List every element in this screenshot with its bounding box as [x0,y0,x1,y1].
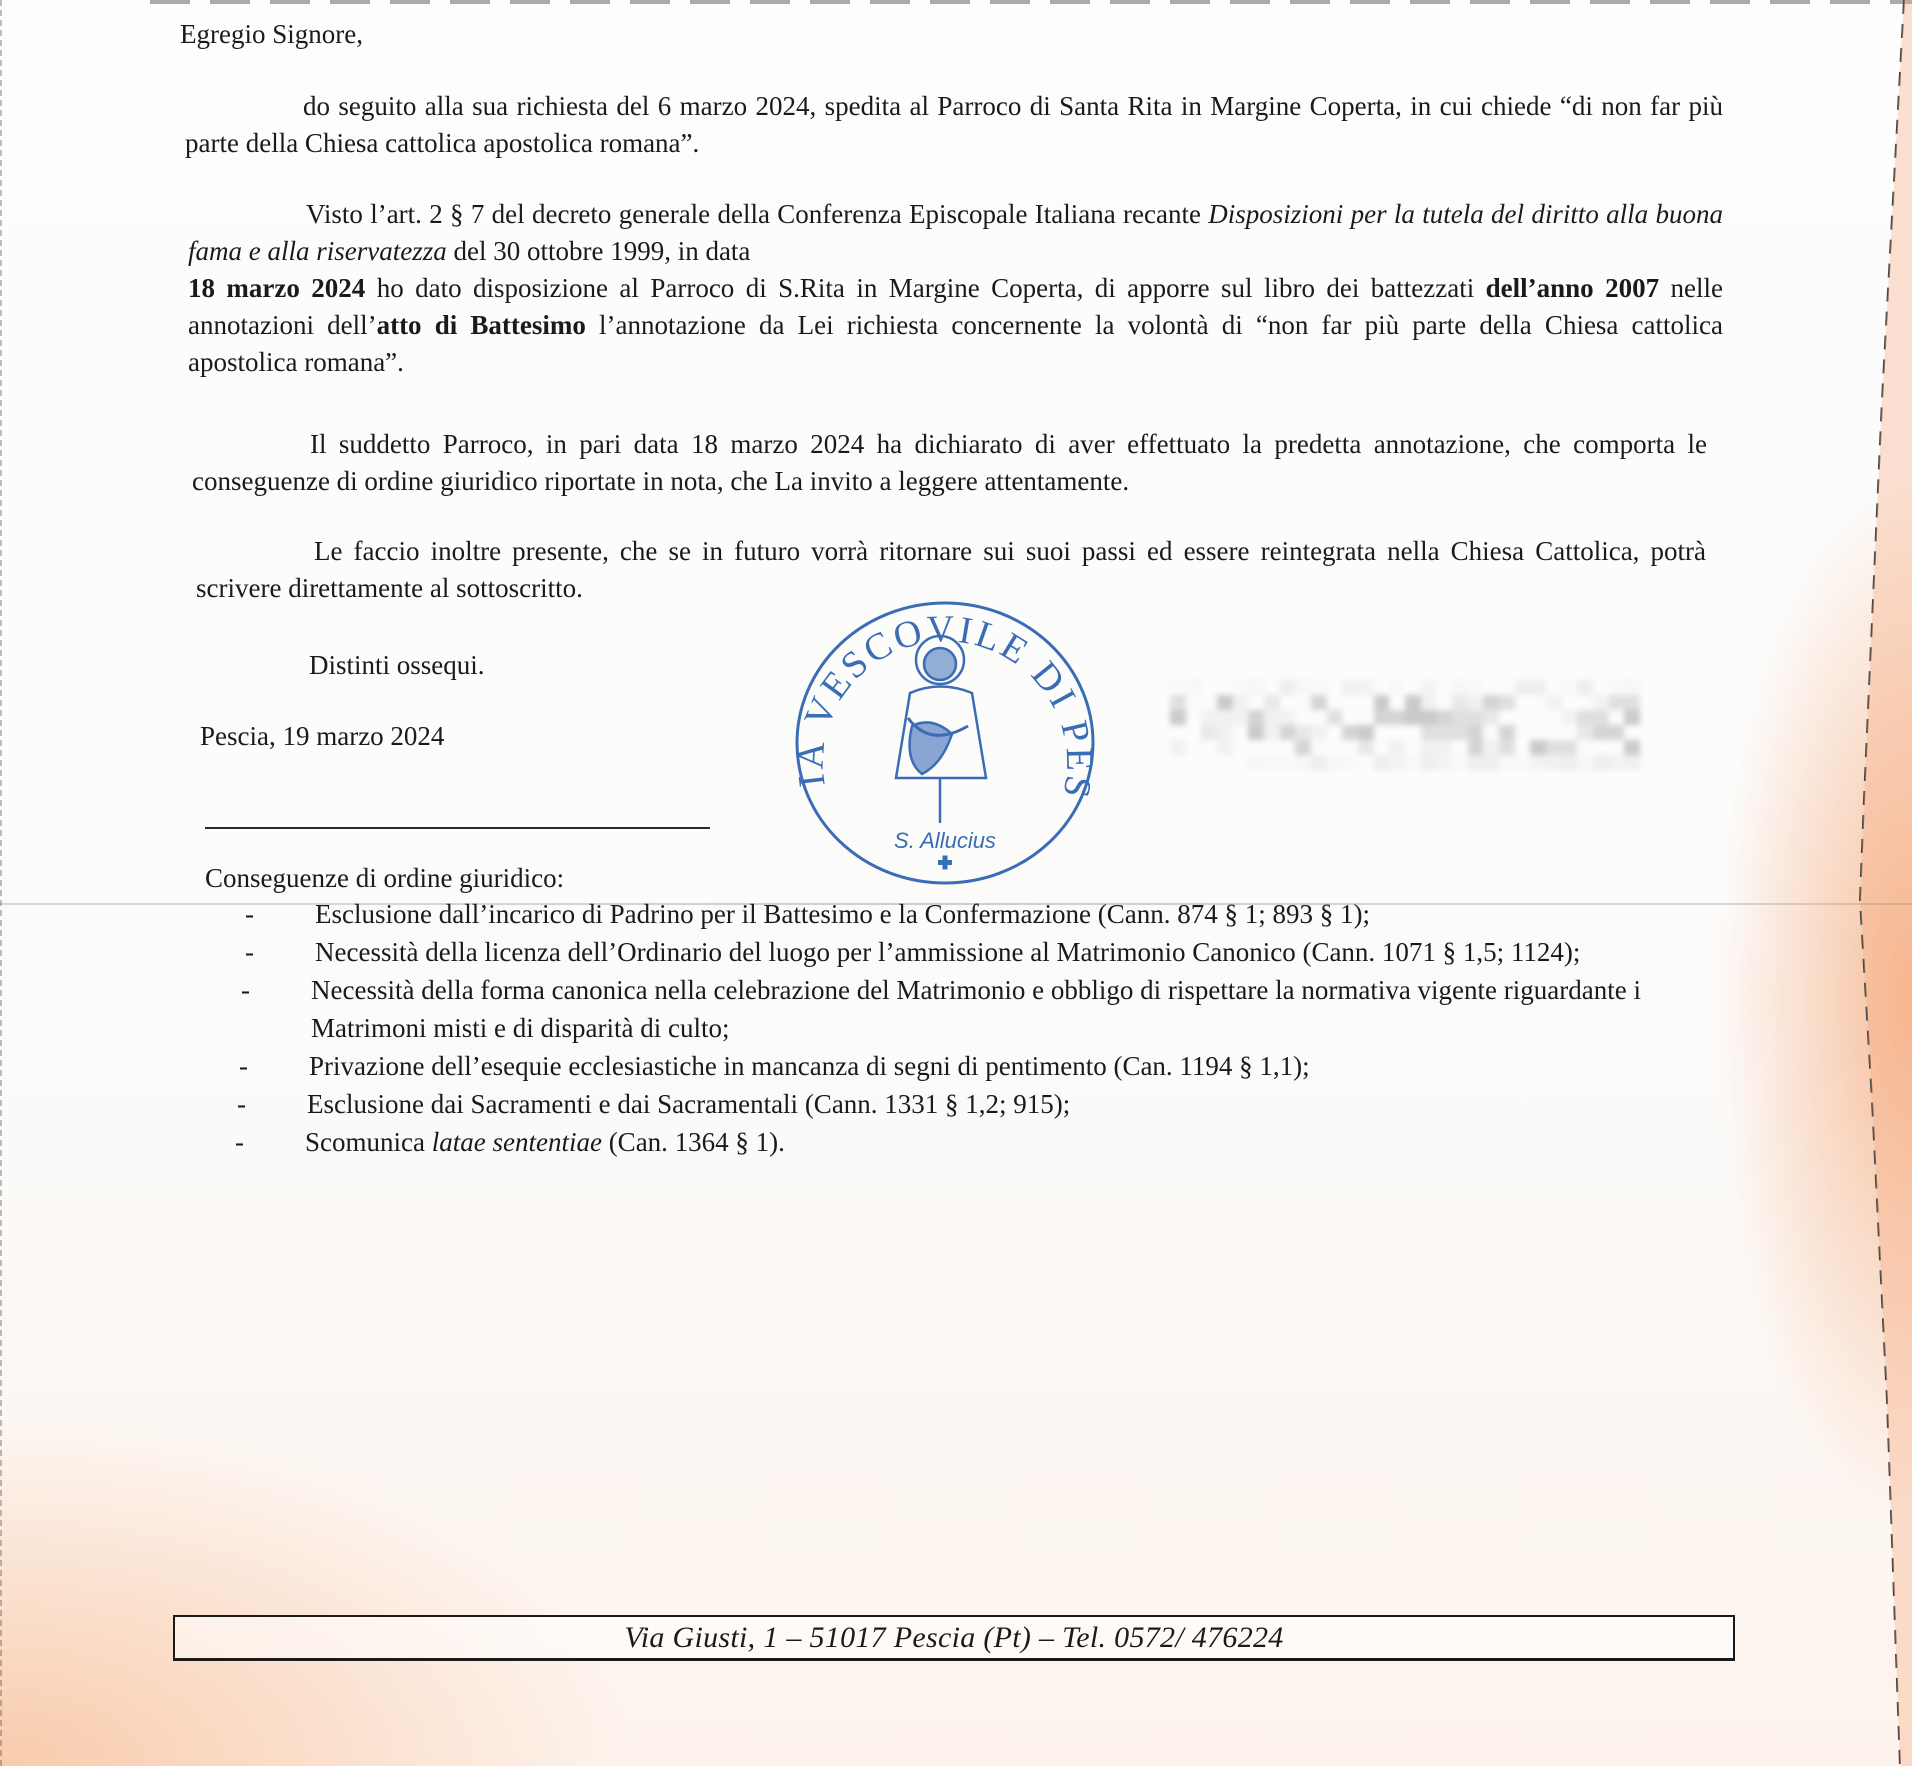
consequences-list: - Esclusione dall’incarico di Padrino pe… [245,895,1725,1161]
paper-top-edge [150,0,1912,4]
footer-address: Via Giusti, 1 – 51017 Pescia (Pt) – Tel.… [173,1615,1735,1661]
consequences-heading: Conseguenze di ordine giuridico: [205,860,564,897]
paper-right-edge [1842,0,1912,1766]
paragraph-request: do seguito alla sua richiesta del 6 marz… [185,88,1723,162]
stamp-inner-text: S. Allucius [894,828,996,853]
annotation-date: 18 marzo 2024 [188,273,365,303]
list-item: - Scomunica latae sententiae (Can. 1364 … [235,1123,1725,1161]
paragraph-reintegration: Le faccio inoltre presente, che se in fu… [196,533,1706,607]
list-item: - Esclusione dai Sacramenti e dai Sacram… [237,1085,1725,1123]
saint-figure-icon [896,636,986,823]
list-item: - Necessità della licenza dell’Ordinario… [245,933,1715,971]
salutation: Egregio Signore, [180,16,363,53]
paragraph-decree: Visto l’art. 2 § 7 del decreto generale … [188,196,1723,381]
baptism-act: atto di Battesimo [377,310,586,340]
curia-stamp: CURIA VESCOVILE DI PESCIA S. Allucius [790,598,1100,888]
redacted-signature [1170,680,1640,770]
place-date: Pescia, 19 marzo 2024 [200,718,444,755]
baptism-year: dell’anno 2007 [1486,273,1659,303]
signature-line [205,827,710,829]
list-item: - Esclusione dall’incarico di Padrino pe… [245,895,1725,933]
paper-left-edge [0,0,10,1766]
paragraph-annotation-done: Il suddetto Parroco, in pari data 18 mar… [192,426,1707,500]
stamp-outer-text: CURIA VESCOVILE DI PESCIA [790,598,1100,804]
closing: Distinti ossequi. [309,647,485,684]
list-item: - Privazione dell’esequie ecclesiastiche… [239,1047,1725,1085]
list-item: - Necessità della forma canonica nella c… [241,971,1701,1047]
cross-icon [938,856,952,870]
